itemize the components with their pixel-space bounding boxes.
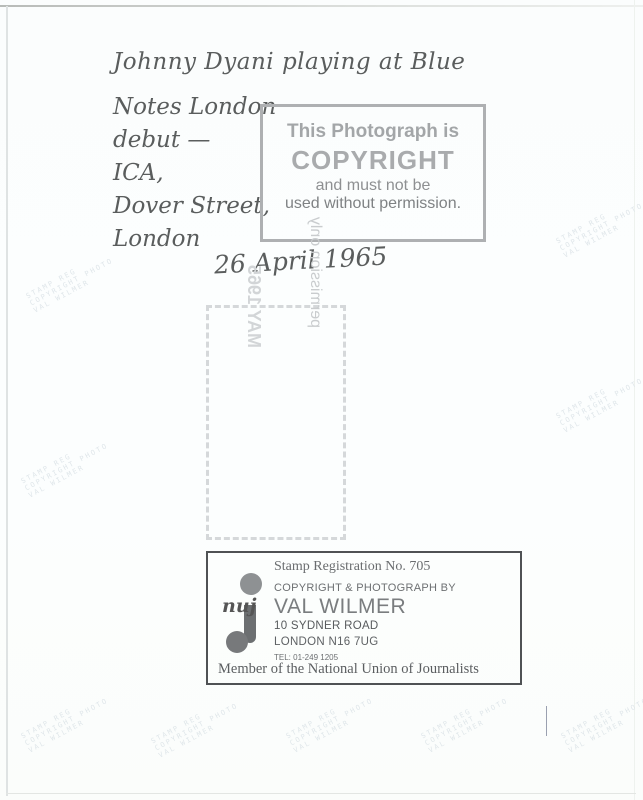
faded-stamp: permission only MAY 1965 xyxy=(206,305,346,540)
faded-stamp-line-1: permission only xyxy=(306,128,324,328)
nuj-logo-dot xyxy=(240,573,262,595)
copyright-stamp-line-1: This Photograph is xyxy=(263,121,483,143)
nuj-logo-icon: nuj xyxy=(222,573,266,659)
copyright-stamp-line-2: COPYRIGHT xyxy=(263,145,483,176)
nuj-membership: Member of the National Union of Journali… xyxy=(218,661,479,678)
copyright-stamp: This Photograph is COPYRIGHT and must no… xyxy=(260,104,486,242)
address-line-2: LONDON N16 7UG xyxy=(274,636,379,648)
handwritten-caption-line-3: debut — xyxy=(113,125,276,158)
nuj-photographer-stamp: nuj Stamp Registration No. 705 COPYRIGHT… xyxy=(206,551,522,685)
pencil-mark xyxy=(546,706,547,736)
paper-left-edge xyxy=(6,6,8,796)
photographer-name: VAL WILMER xyxy=(274,595,406,619)
copyright-by-label: COPYRIGHT & PHOTOGRAPH BY xyxy=(274,582,456,594)
handwritten-caption-line-1: Johnny Dyani playing at Blue xyxy=(113,47,465,77)
paper-top-edge xyxy=(0,5,643,7)
faded-stamp-line-2: MAY 1965 xyxy=(243,188,264,348)
stamp-registration: Stamp Registration No. 705 xyxy=(274,559,430,575)
nuj-logo-hook xyxy=(226,631,248,653)
copyright-stamp-line-3: and must not be xyxy=(263,177,483,195)
paper-right-edge xyxy=(634,0,635,800)
handwritten-caption-line-4: ICA, xyxy=(113,158,276,191)
handwritten-caption-line-2: Notes London xyxy=(113,92,276,125)
copyright-stamp-line-4: used without permission. xyxy=(263,195,483,213)
paper-bottom-edge xyxy=(6,793,636,794)
address-line-1: 10 SYDNER ROAD xyxy=(274,620,379,632)
nuj-logo-text: nuj xyxy=(222,595,257,617)
